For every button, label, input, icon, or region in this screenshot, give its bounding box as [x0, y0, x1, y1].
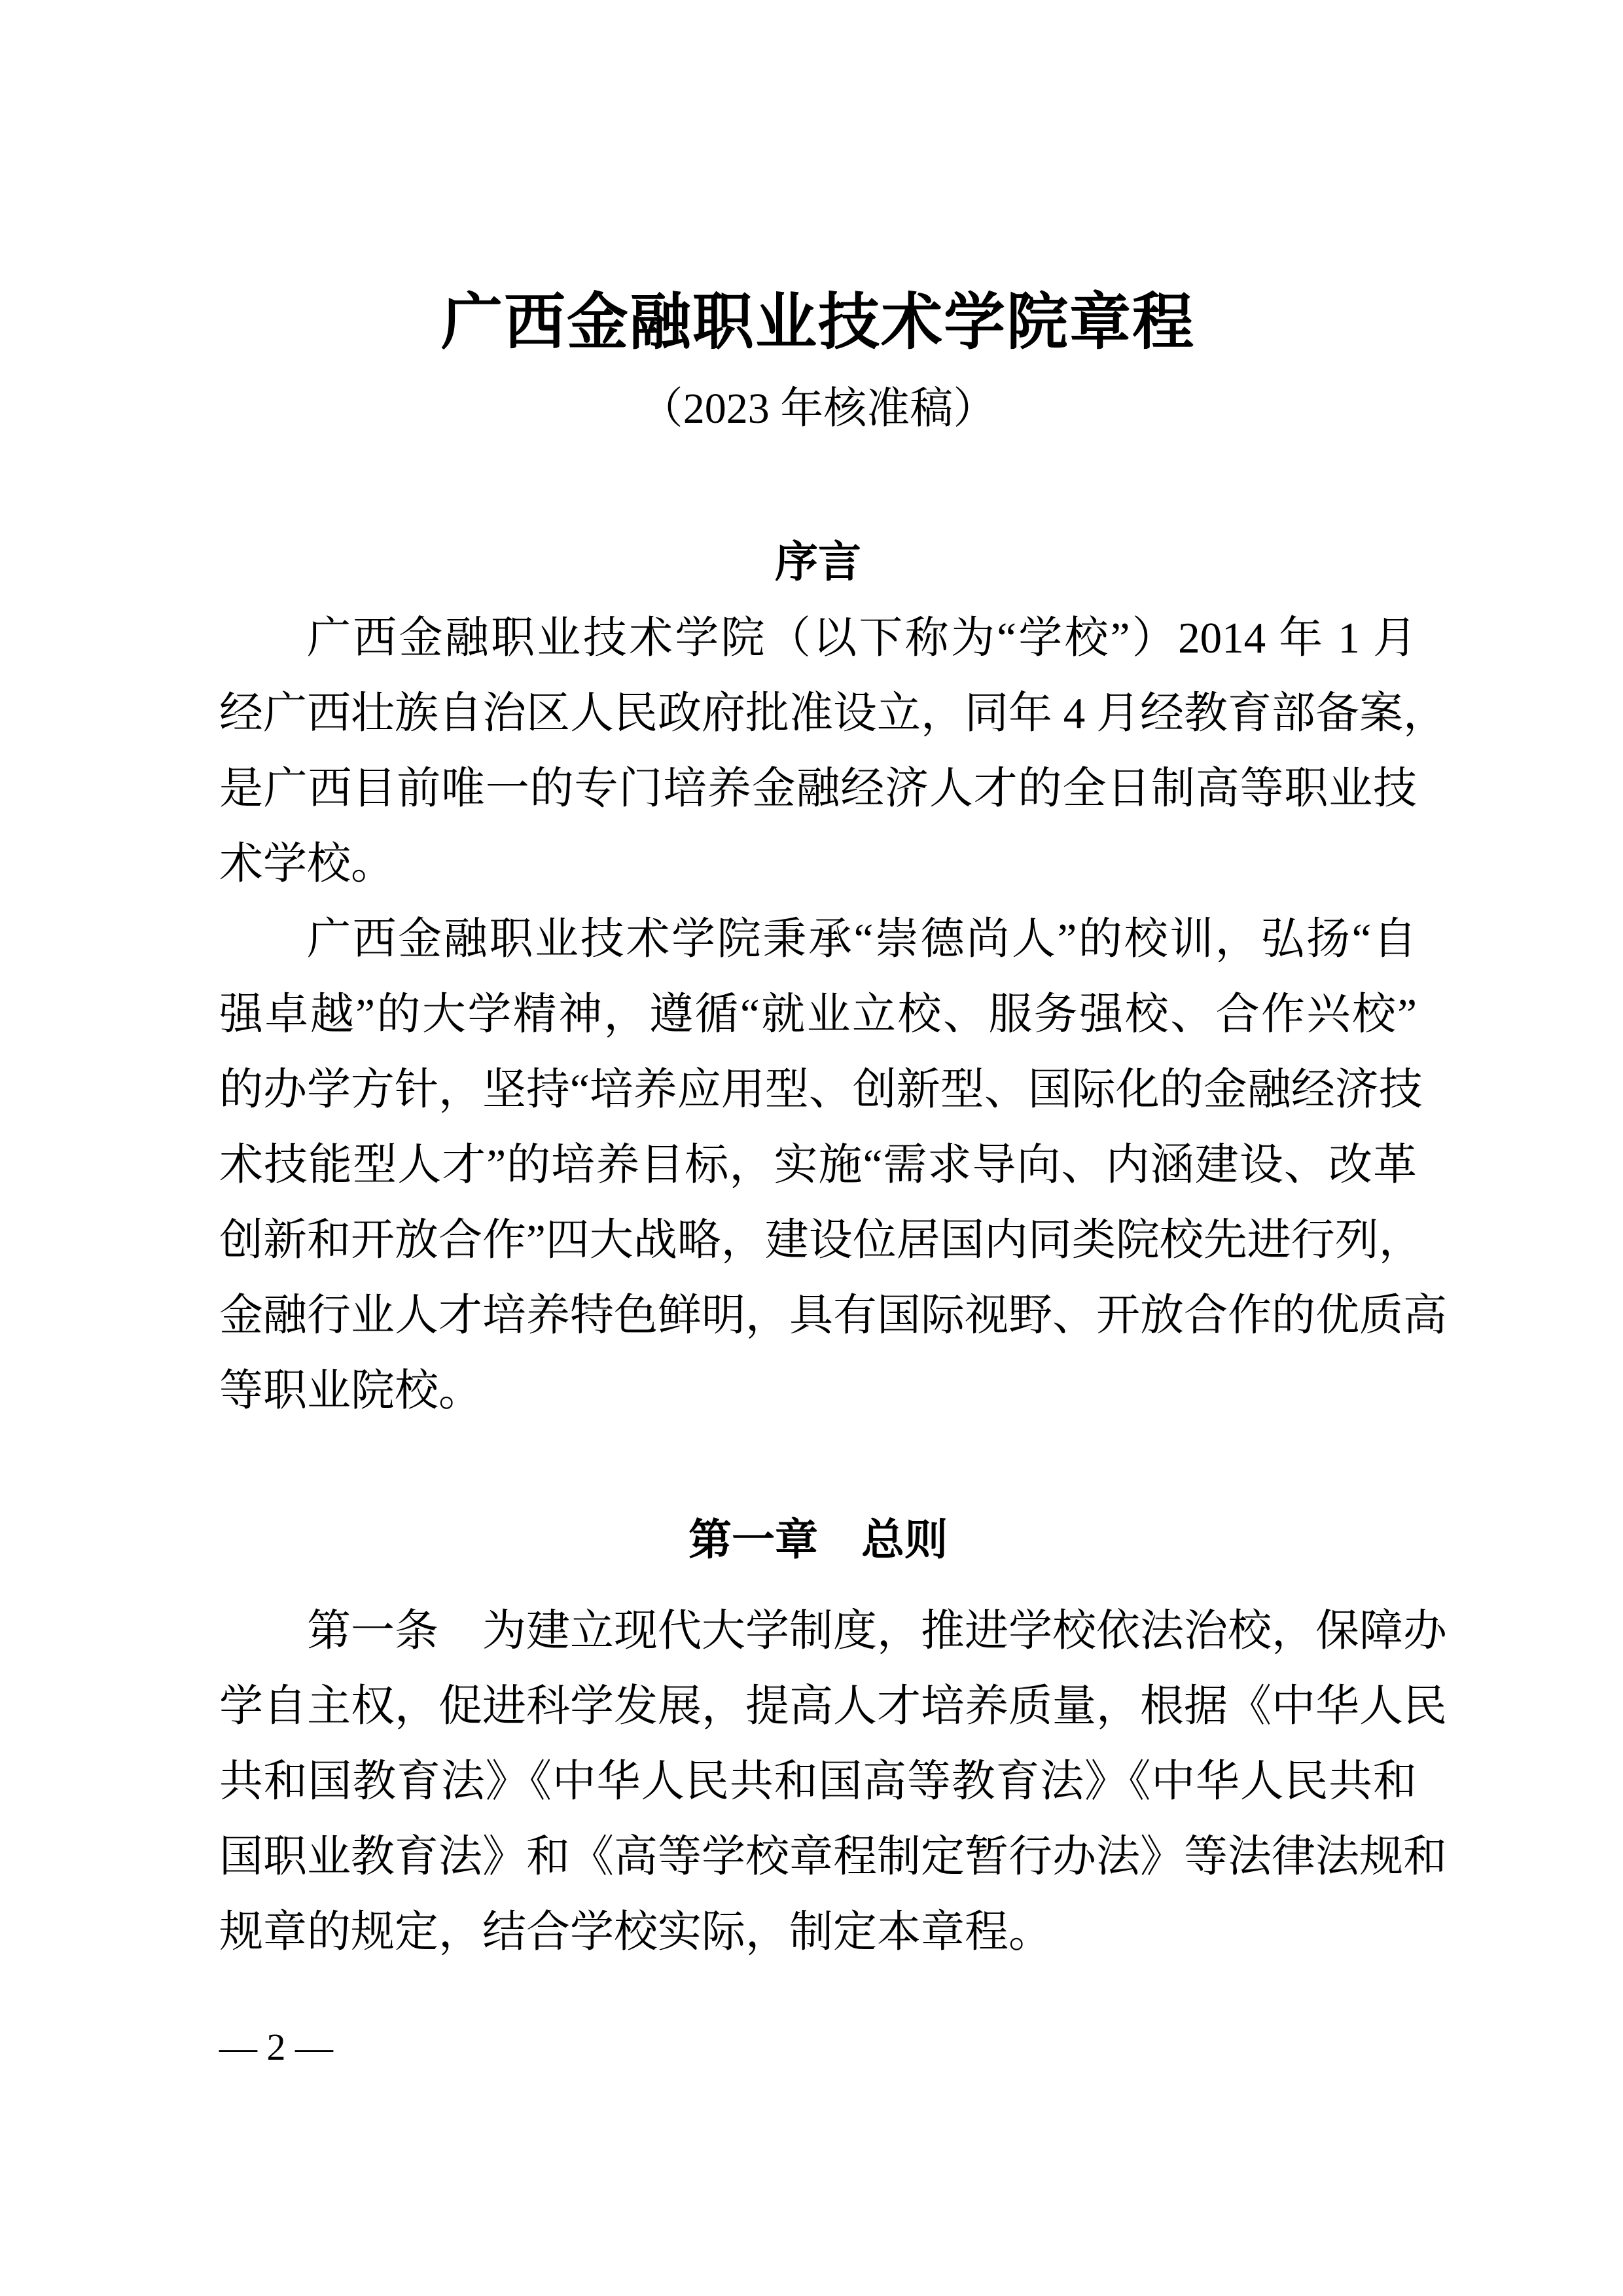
document-title: 广西金融职业技术学院章程	[219, 287, 1417, 359]
text-line: 学自主权，促进科学发展，提高人才培养质量，根据《中华人民	[219, 1669, 1417, 1744]
text-line: 等职业院校。	[219, 1354, 1417, 1429]
text-line: 经广西壮族自治区人民政府批准设立，同年 4 月经教育部备案，	[219, 676, 1417, 751]
text-line: 术学校。	[219, 827, 1417, 902]
page-number: — 2 —	[219, 2021, 333, 2073]
text-line: 术技能型人才”的培养目标，实施“需求导向、内涵建设、改革	[219, 1128, 1417, 1203]
preface-paragraph-1: 广西金融职业技术学院（以下称为“学校”）2014 年 1 月 经广西壮族自治区人…	[219, 601, 1417, 902]
text-line: 第一条 为建立现代大学制度，推进学校依法治校，保障办	[219, 1594, 1417, 1669]
text-line: 创新和开放合作”四大战略，建设位居国内同类院校先进行列，	[219, 1203, 1417, 1278]
text-line: 广西金融职业技术学院秉承“崇德尚人”的校训，弘扬“自	[219, 902, 1417, 977]
text-line: 国职业教育法》和《高等学校章程制定暂行办法》等法律法规和	[219, 1820, 1417, 1895]
text-line: 规章的规定，结合学校实际，制定本章程。	[219, 1895, 1417, 1970]
text-line: 是广西目前唯一的专门培养金融经济人才的全日制高等职业技	[219, 751, 1417, 827]
preface-paragraph-2: 广西金融职业技术学院秉承“崇德尚人”的校训，弘扬“自 强卓越”的大学精神，遵循“…	[219, 902, 1417, 1429]
text-line: 共和国教育法》《中华人民共和国高等教育法》《中华人民共和	[219, 1744, 1417, 1820]
document-subtitle: （2023 年核准稿）	[219, 373, 1417, 445]
text-line: 广西金融职业技术学院（以下称为“学校”）2014 年 1 月	[219, 601, 1417, 676]
text-line: 强卓越”的大学精神，遵循“就业立校、服务强校、合作兴校”	[219, 977, 1417, 1052]
text-line: 金融行业人才培养特色鲜明，具有国际视野、开放合作的优质高	[219, 1278, 1417, 1354]
text-line: 的办学方针，坚持“培养应用型、创新型、国际化的金融经济技	[219, 1052, 1417, 1128]
document-page: 广西金融职业技术学院章程 （2023 年核准稿） 序言 广西金融职业技术学院（以…	[0, 0, 1623, 2296]
preface-heading: 序言	[219, 524, 1417, 600]
article-1-paragraph: 第一条 为建立现代大学制度，推进学校依法治校，保障办 学自主权，促进科学发展，提…	[219, 1594, 1417, 1970]
chapter-one-heading: 第一章 总则	[219, 1502, 1417, 1577]
